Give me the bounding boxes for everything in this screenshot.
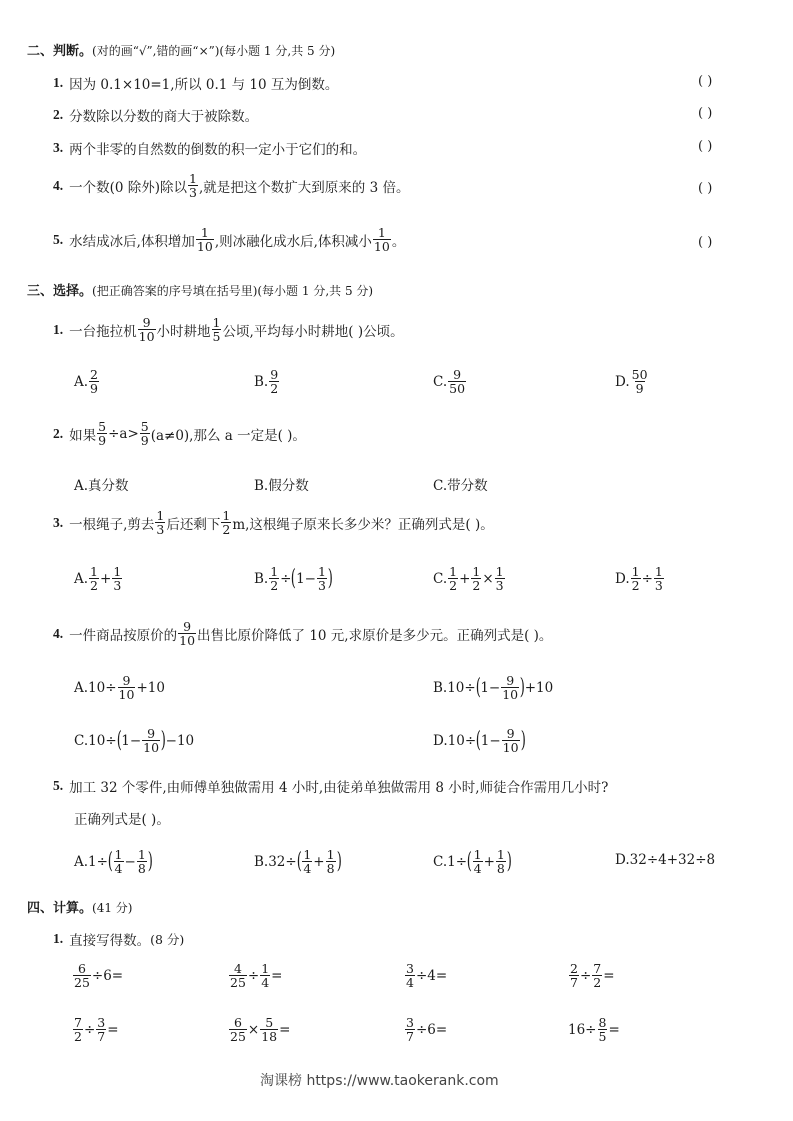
numerator: 1 bbox=[269, 565, 279, 578]
question-text: 出售比原价降低了 10 元,求原价是多少元。正确列式是( )。 bbox=[197, 624, 552, 644]
q3-option-b[interactable]: B. 12 ÷ ( 1 − 13 ) bbox=[254, 565, 333, 592]
numerator: 1 bbox=[200, 226, 210, 239]
numerator: 1 bbox=[112, 565, 122, 578]
fraction: 12 bbox=[221, 509, 231, 536]
calc-item-1[interactable]: 625 ÷6= bbox=[72, 962, 123, 989]
q3-option-d[interactable]: D. 12 ÷ 13 bbox=[615, 565, 665, 592]
judge-item-4: 4. 一个数(0 除外)除以 13 ,就是把这个数扩大到原来的 3 倍。 bbox=[53, 172, 409, 199]
equals: = bbox=[271, 968, 282, 984]
option-label: D. bbox=[615, 852, 630, 868]
denominator: 10 bbox=[502, 740, 520, 754]
q1-option-d[interactable]: D.509 bbox=[615, 368, 650, 395]
option-label: B. bbox=[254, 854, 268, 870]
denominator: 10 bbox=[142, 740, 160, 754]
question-text: 一根绳子,剪去 bbox=[69, 513, 154, 533]
q1-option-a[interactable]: A.29 bbox=[74, 368, 100, 395]
calc-item-4[interactable]: 27 ÷ 72 = bbox=[568, 962, 615, 989]
numerator: 9 bbox=[182, 620, 192, 633]
question-text: 因为 0.1×10=1,所以 0.1 与 10 互为倒数。 bbox=[69, 73, 338, 93]
denominator: 2 bbox=[631, 578, 641, 592]
expression: +10 bbox=[136, 680, 165, 696]
judge-item-1: 1. 因为 0.1×10=1,所以 0.1 与 10 互为倒数。 bbox=[53, 73, 338, 93]
q4-option-a[interactable]: A. 10÷ 910 +10 bbox=[74, 674, 165, 701]
expression: 10÷ bbox=[448, 733, 477, 749]
numerator: 50 bbox=[631, 368, 649, 381]
fraction: 12 bbox=[269, 565, 279, 592]
fraction: 59 bbox=[140, 420, 150, 447]
numerator: 9 bbox=[142, 316, 152, 329]
denominator: 9 bbox=[97, 433, 107, 447]
section-2-title: 二、判断。 bbox=[27, 44, 92, 59]
operator: ÷ bbox=[84, 1022, 95, 1038]
numerator: 1 bbox=[496, 848, 506, 861]
number: 1 bbox=[296, 571, 305, 587]
fraction: 110 bbox=[196, 226, 214, 253]
denominator: 10 bbox=[178, 633, 196, 647]
fraction: 37 bbox=[96, 1016, 106, 1043]
numerator: 1 bbox=[221, 509, 231, 522]
numerator: 1 bbox=[188, 172, 198, 185]
fraction: 13 bbox=[317, 565, 327, 592]
question-number: 3. bbox=[53, 515, 63, 531]
section-3-title: 三、选择。 bbox=[27, 284, 92, 299]
fraction: 910 bbox=[138, 316, 156, 343]
left-paren: ( bbox=[108, 851, 113, 873]
calc-item-5[interactable]: 72 ÷ 37 = bbox=[72, 1016, 119, 1043]
choice-question-5-line2: 正确列式是( )。 bbox=[74, 808, 170, 828]
denominator: 4 bbox=[114, 861, 124, 875]
fraction: 34 bbox=[405, 962, 415, 989]
fraction: 910 bbox=[118, 674, 136, 701]
fraction: 13 bbox=[495, 565, 505, 592]
q4-option-c[interactable]: C. 10÷ ( 1− 910 ) −10 bbox=[74, 727, 194, 754]
question-number: 5. bbox=[53, 232, 63, 248]
calc-item-8[interactable]: 16÷ 85 = bbox=[568, 1016, 620, 1043]
option-label: B. bbox=[254, 374, 268, 390]
option-label: C. bbox=[433, 571, 447, 587]
denominator: 2 bbox=[269, 578, 279, 592]
question-number: 3. bbox=[53, 140, 63, 156]
question-text: 加工 32 个零件,由师傅单独做需用 4 小时,由徒弟单独做需用 8 小时,师徒… bbox=[69, 776, 608, 796]
numerator: 1 bbox=[212, 316, 222, 329]
denominator: 7 bbox=[569, 975, 579, 989]
denominator: 2 bbox=[89, 578, 99, 592]
operator: − bbox=[125, 854, 136, 870]
option-label: A. bbox=[74, 571, 88, 587]
denominator: 2 bbox=[73, 1029, 83, 1043]
denominator: 5 bbox=[598, 1029, 608, 1043]
fraction: 910 bbox=[502, 727, 520, 754]
denominator: 5 bbox=[212, 329, 222, 343]
choice-question-2: 2. 如果 59 ÷a> 59 (a≠0),那么 a 一定是( )。 bbox=[53, 420, 306, 447]
denominator: 10 bbox=[196, 239, 214, 253]
right-paren: ) bbox=[147, 851, 152, 873]
question-text: 一件商品按原价的 bbox=[69, 624, 177, 644]
numerator: 9 bbox=[505, 674, 515, 687]
equals: = bbox=[603, 968, 614, 984]
denominator: 8 bbox=[137, 861, 147, 875]
denominator: 9 bbox=[140, 433, 150, 447]
expression: 1− bbox=[121, 733, 141, 749]
equals: = bbox=[279, 1022, 290, 1038]
left-paren: ( bbox=[296, 851, 301, 873]
fraction: 910 bbox=[501, 674, 519, 701]
question-number: 2. bbox=[53, 426, 63, 442]
expression: 1÷ bbox=[88, 854, 108, 870]
option-label: C. bbox=[74, 733, 88, 749]
numerator: 6 bbox=[233, 1016, 243, 1029]
denominator: 4 bbox=[405, 975, 415, 989]
denominator: 2 bbox=[592, 975, 602, 989]
denominator: 25 bbox=[229, 975, 247, 989]
numerator: 2 bbox=[569, 962, 579, 975]
right-paren: ) bbox=[520, 677, 525, 699]
denominator: 4 bbox=[260, 975, 270, 989]
answer-blank-4[interactable]: ( ) bbox=[698, 181, 712, 196]
left-paren: ( bbox=[467, 851, 472, 873]
numerator: 1 bbox=[448, 565, 458, 578]
numerator: 1 bbox=[631, 565, 641, 578]
choice-question-5: 5. 加工 32 个零件,由师傅单独做需用 4 小时,由徒弟单独做需用 8 小时… bbox=[53, 776, 608, 796]
numerator: 5 bbox=[264, 1016, 274, 1029]
numerator: 9 bbox=[452, 368, 462, 381]
denominator: 25 bbox=[73, 975, 91, 989]
numerator: 8 bbox=[598, 1016, 608, 1029]
expression: ÷6= bbox=[416, 1022, 447, 1038]
answer-blank-2[interactable]: ( ) bbox=[698, 106, 712, 121]
fraction: 85 bbox=[598, 1016, 608, 1043]
q5-option-b[interactable]: B. 32÷ ( 14 + 18 ) bbox=[254, 848, 341, 875]
section-4-title: 四、计算。 bbox=[27, 901, 92, 916]
right-paren: ) bbox=[336, 851, 341, 873]
numerator: 6 bbox=[77, 962, 87, 975]
denominator: 3 bbox=[112, 578, 122, 592]
option-label: D. bbox=[615, 571, 630, 587]
denominator: 10 bbox=[118, 687, 136, 701]
question-text: 公顷,平均每小时耕地( )公顷。 bbox=[222, 320, 403, 340]
operator: + bbox=[484, 854, 495, 870]
q1-option-c[interactable]: C.950 bbox=[433, 368, 467, 395]
question-text: 直接写得数。 bbox=[69, 929, 150, 949]
fraction: 12 bbox=[89, 565, 99, 592]
numerator: 5 bbox=[140, 420, 150, 433]
question-text: 一个数(0 除外)除以 bbox=[69, 176, 187, 196]
denominator: 18 bbox=[260, 1029, 278, 1043]
right-paren: ) bbox=[328, 568, 333, 590]
numerator: 3 bbox=[405, 1016, 415, 1029]
operator: − bbox=[305, 571, 316, 587]
fraction: 509 bbox=[631, 368, 649, 395]
expression: 1− bbox=[481, 733, 501, 749]
q5-option-c[interactable]: C. 1÷ ( 14 + 18 ) bbox=[433, 848, 511, 875]
question-text: ,则冰融化成水后,体积减小 bbox=[215, 230, 372, 250]
fraction: 625 bbox=[73, 962, 91, 989]
q1-option-b[interactable]: B.92 bbox=[254, 368, 280, 395]
operator: ÷ bbox=[248, 968, 259, 984]
left-paren: ( bbox=[116, 730, 121, 752]
question-number: 1. bbox=[53, 931, 63, 947]
question-text: 如果 bbox=[69, 424, 96, 444]
choice-question-4: 4. 一件商品按原价的 910 出售比原价降低了 10 元,求原价是多少元。正确… bbox=[53, 620, 552, 647]
option-label: A. bbox=[74, 374, 88, 390]
expression: 16÷ bbox=[568, 1022, 597, 1038]
denominator: 2 bbox=[471, 578, 481, 592]
q4-option-b[interactable]: B. 10÷ ( 1− 910 ) +10 bbox=[433, 674, 553, 701]
operator: ÷ bbox=[580, 968, 591, 984]
denominator: 2 bbox=[448, 578, 458, 592]
question-text: 。 bbox=[392, 230, 406, 250]
numerator: 9 bbox=[122, 674, 132, 687]
section-4-heading: 四、计算。(41 分) bbox=[27, 897, 132, 916]
choice-question-1: 1. 一台拖拉机 910 小时耕地 15 公顷,平均每小时耕地( )公顷。 bbox=[53, 316, 404, 343]
watermark: 淘课榜 https://www.taokerank.com bbox=[260, 1070, 499, 1090]
question-number: 4. bbox=[53, 626, 63, 642]
expression: 10÷ bbox=[88, 680, 117, 696]
fraction: 13 bbox=[654, 565, 664, 592]
numerator: 1 bbox=[377, 226, 387, 239]
question-text: ,就是把这个数扩大到原来的 3 倍。 bbox=[199, 176, 409, 196]
denominator: 2 bbox=[269, 381, 279, 395]
numerator: 1 bbox=[654, 565, 664, 578]
fraction: 59 bbox=[97, 420, 107, 447]
fraction: 12 bbox=[631, 565, 641, 592]
denominator: 3 bbox=[654, 578, 664, 592]
q4-option-d[interactable]: D. 10÷ ( 1− 910 ) bbox=[433, 727, 525, 754]
right-paren: ) bbox=[520, 730, 525, 752]
fraction: 12 bbox=[471, 565, 481, 592]
denominator: 10 bbox=[373, 239, 391, 253]
question-number: 4. bbox=[53, 178, 63, 194]
numerator: 1 bbox=[495, 565, 505, 578]
equals: = bbox=[608, 1022, 619, 1038]
denominator: 3 bbox=[155, 522, 165, 536]
left-paren: ( bbox=[475, 677, 480, 699]
operator: + bbox=[313, 854, 324, 870]
option-label: A. bbox=[74, 680, 88, 696]
calc-item-3[interactable]: 34 ÷4= bbox=[404, 962, 447, 989]
section-2-heading: 二、判断。(对的画“√”,错的画“×”)(每小题 1 分,共 5 分) bbox=[27, 40, 335, 59]
numerator: 9 bbox=[506, 727, 516, 740]
calc-subquestion-1: 1. 直接写得数。(8 分) bbox=[53, 929, 184, 949]
answer-blank-5[interactable]: ( ) bbox=[698, 235, 712, 250]
question-text: 后还剩下 bbox=[166, 513, 220, 533]
section-4-note: (41 分) bbox=[92, 901, 132, 915]
fraction: 950 bbox=[448, 368, 466, 395]
section-3-heading: 三、选择。(把正确答案的序号填在括号里)(每小题 1 分,共 5 分) bbox=[27, 280, 373, 299]
question-number: 1. bbox=[53, 322, 63, 338]
option-label: B. bbox=[433, 680, 447, 696]
fraction: 72 bbox=[592, 962, 602, 989]
calc-item-7[interactable]: 37 ÷6= bbox=[404, 1016, 447, 1043]
denominator: 10 bbox=[501, 687, 519, 701]
denominator: 50 bbox=[448, 381, 466, 395]
calc-item-6[interactable]: 625 × 518 = bbox=[228, 1016, 290, 1043]
right-paren: ) bbox=[507, 851, 512, 873]
option-label: A. bbox=[74, 854, 88, 870]
q3-option-a[interactable]: A. 12 + 13 bbox=[74, 565, 123, 592]
fraction: 72 bbox=[73, 1016, 83, 1043]
numerator: 3 bbox=[405, 962, 415, 975]
numerator: 7 bbox=[73, 1016, 83, 1029]
left-paren: ( bbox=[291, 568, 296, 590]
fraction: 37 bbox=[405, 1016, 415, 1043]
fraction: 27 bbox=[569, 962, 579, 989]
denominator: 3 bbox=[495, 578, 505, 592]
right-paren: ) bbox=[161, 730, 166, 752]
fraction: 18 bbox=[137, 848, 147, 875]
denominator: 7 bbox=[96, 1029, 106, 1043]
question-note: (8 分) bbox=[150, 930, 184, 948]
judge-item-5: 5. 水结成冰后,体积增加 110 ,则冰融化成水后,体积减小 110 。 bbox=[53, 226, 405, 253]
judge-item-2: 2. 分数除以分数的商大于被除数。 bbox=[53, 105, 258, 125]
question-number: 1. bbox=[53, 75, 63, 91]
option-label: C. bbox=[433, 854, 447, 870]
numerator: 1 bbox=[155, 509, 165, 522]
fraction: 518 bbox=[260, 1016, 278, 1043]
q2-option-a[interactable]: A.真分数 bbox=[74, 474, 129, 494]
question-text: ÷a> bbox=[108, 426, 139, 442]
q2-option-b[interactable]: B.假分数 bbox=[254, 474, 309, 494]
fraction: 13 bbox=[188, 172, 198, 199]
question-number: 5. bbox=[53, 778, 63, 794]
fraction: 14 bbox=[114, 848, 124, 875]
fraction: 18 bbox=[496, 848, 506, 875]
numerator: 1 bbox=[317, 565, 327, 578]
section-2-note: (对的画“√”,错的画“×”)(每小题 1 分,共 5 分) bbox=[92, 44, 335, 58]
numerator: 1 bbox=[89, 565, 99, 578]
numerator: 4 bbox=[233, 962, 243, 975]
q3-option-c[interactable]: C. 12 + 12 × 13 bbox=[433, 565, 506, 592]
denominator: 3 bbox=[317, 578, 327, 592]
question-text: m,这根绳子原来长多少米？正确列式是( )。 bbox=[232, 513, 493, 533]
operator: + bbox=[459, 571, 470, 587]
denominator: 9 bbox=[635, 381, 645, 395]
denominator: 2 bbox=[221, 522, 231, 536]
denominator: 10 bbox=[138, 329, 156, 343]
option-label: B. bbox=[254, 571, 268, 587]
answer-blank-3[interactable]: ( ) bbox=[698, 139, 712, 154]
q2-option-c[interactable]: C.带分数 bbox=[433, 474, 488, 494]
operator: + bbox=[100, 571, 111, 587]
question-number: 2. bbox=[53, 107, 63, 123]
expression: ÷6= bbox=[92, 968, 123, 984]
numerator: 7 bbox=[592, 962, 602, 975]
fraction: 13 bbox=[112, 565, 122, 592]
numerator: 5 bbox=[97, 420, 107, 433]
operator: × bbox=[482, 571, 493, 587]
fraction: 14 bbox=[260, 962, 270, 989]
numerator: 1 bbox=[302, 848, 312, 861]
denominator: 8 bbox=[496, 861, 506, 875]
numerator: 1 bbox=[473, 848, 483, 861]
option-label: D. bbox=[615, 374, 630, 390]
operator: ÷ bbox=[642, 571, 653, 587]
option-label: D. bbox=[433, 733, 448, 749]
expression: 10÷ bbox=[447, 680, 476, 696]
denominator: 3 bbox=[188, 185, 198, 199]
answer-blank-1[interactable]: ( ) bbox=[698, 74, 712, 89]
fraction: 18 bbox=[326, 848, 336, 875]
fraction: 12 bbox=[448, 565, 458, 592]
fraction: 910 bbox=[178, 620, 196, 647]
expression: ÷4= bbox=[416, 968, 447, 984]
numerator: 1 bbox=[260, 962, 270, 975]
denominator: 4 bbox=[302, 861, 312, 875]
calc-item-2[interactable]: 425 ÷ 14 = bbox=[228, 962, 282, 989]
fraction: 625 bbox=[229, 1016, 247, 1043]
denominator: 7 bbox=[405, 1029, 415, 1043]
numerator: 2 bbox=[89, 368, 99, 381]
fraction: 14 bbox=[473, 848, 483, 875]
numerator: 1 bbox=[114, 848, 124, 861]
question-text: 小时耕地 bbox=[157, 320, 211, 340]
fraction: 110 bbox=[373, 226, 391, 253]
expression: 1− bbox=[480, 680, 500, 696]
fraction: 29 bbox=[89, 368, 99, 395]
question-text: 两个非零的自然数的倒数的积一定小于它们的和。 bbox=[69, 138, 366, 158]
denominator: 9 bbox=[89, 381, 99, 395]
numerator: 1 bbox=[471, 565, 481, 578]
left-paren: ( bbox=[476, 730, 481, 752]
numerator: 3 bbox=[96, 1016, 106, 1029]
operator: × bbox=[248, 1022, 259, 1038]
q5-option-d[interactable]: D. 32÷4+32÷8 bbox=[615, 852, 715, 868]
fraction: 910 bbox=[142, 727, 160, 754]
fraction: 14 bbox=[302, 848, 312, 875]
question-text: 分数除以分数的商大于被除数。 bbox=[69, 105, 258, 125]
question-text: 一台拖拉机 bbox=[69, 320, 137, 340]
choice-question-3: 3. 一根绳子,剪去 13 后还剩下 12 m,这根绳子原来长多少米？正确列式是… bbox=[53, 509, 494, 536]
fraction: 15 bbox=[212, 316, 222, 343]
expression: +10 bbox=[525, 680, 554, 696]
option-label: C. bbox=[433, 374, 447, 390]
expression: 1÷ bbox=[447, 854, 467, 870]
q5-option-a[interactable]: A. 1÷ ( 14 − 18 ) bbox=[74, 848, 152, 875]
fraction: 92 bbox=[269, 368, 279, 395]
numerator: 9 bbox=[146, 727, 156, 740]
numerator: 9 bbox=[269, 368, 279, 381]
judge-item-3: 3. 两个非零的自然数的倒数的积一定小于它们的和。 bbox=[53, 138, 366, 158]
denominator: 8 bbox=[326, 861, 336, 875]
fraction: 425 bbox=[229, 962, 247, 989]
question-text: (a≠0),那么 a 一定是( )。 bbox=[151, 424, 306, 444]
denominator: 25 bbox=[229, 1029, 247, 1043]
denominator: 4 bbox=[473, 861, 483, 875]
expression: −10 bbox=[166, 733, 195, 749]
expression: 10÷ bbox=[88, 733, 117, 749]
question-text: 水结成冰后,体积增加 bbox=[69, 230, 195, 250]
section-3-note: (把正确答案的序号填在括号里)(每小题 1 分,共 5 分) bbox=[92, 284, 373, 298]
fraction: 13 bbox=[155, 509, 165, 536]
expression: 32÷4+32÷8 bbox=[630, 852, 715, 868]
numerator: 1 bbox=[326, 848, 336, 861]
numerator: 1 bbox=[137, 848, 147, 861]
expression: 32÷ bbox=[268, 854, 297, 870]
equals: = bbox=[107, 1022, 118, 1038]
